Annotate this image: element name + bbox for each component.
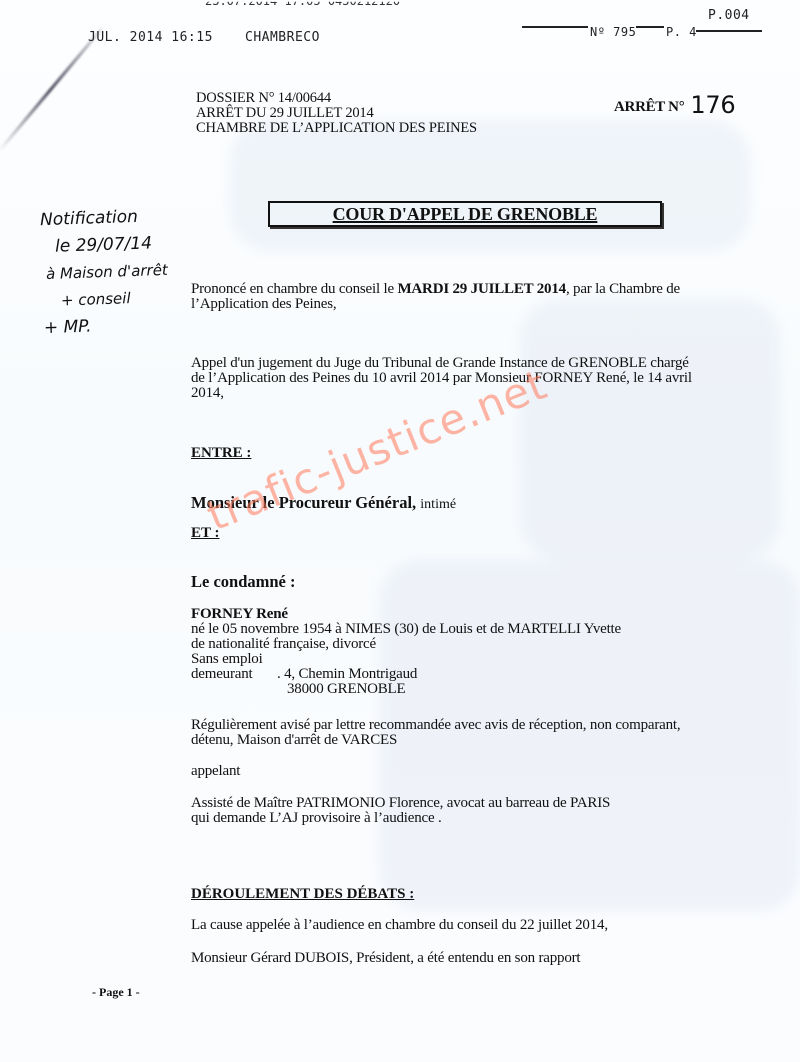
proceedings-line: Monsieur Gérard DUBOIS, Président, a été… — [191, 951, 580, 966]
chamber-name: CHAMBRE DE L’APPLICATION DES PEINES — [196, 121, 477, 136]
pronounced-paragraph: Prononcé en chambre du conseil le MARDI … — [191, 282, 680, 312]
address-line: 38000 GRENOBLE — [287, 681, 405, 697]
prosecutor-party: Monsieur le Procureur Général, intimé — [191, 493, 456, 513]
arret-number-label: ARRÊT N° — [614, 99, 684, 115]
address-line: . 4, Chemin Montrigaud — [277, 666, 417, 682]
fax-rule — [696, 30, 762, 32]
document-page: 23.07.2014 17:05 0450212120 JUL. 2014 16… — [0, 0, 800, 1062]
appeal-paragraph: Appel d'un jugement du Juge du Tribunal … — [191, 356, 692, 401]
fax-page: P. 4 — [666, 25, 697, 39]
pronounced-text: , par la Chambre de — [566, 281, 680, 297]
fax-page-code: P.004 — [708, 8, 750, 23]
handwritten-notification-note: Notification le 29/07/14 à Maison d'arrê… — [40, 203, 170, 342]
bleed-through — [520, 300, 780, 560]
handwritten-line: + conseil — [60, 284, 169, 315]
address-label: demeurant — [191, 667, 277, 682]
fax-header-top-partial: 23.07.2014 17:05 0450212120 — [205, 0, 400, 8]
page-footer: - Page 1 - — [92, 985, 140, 1000]
fax-rule — [636, 26, 664, 28]
fax-date-time: JUL. 2014 16:15 — [88, 30, 213, 45]
arret-date: ARRÊT DU 29 JUILLET 2014 — [196, 106, 477, 121]
proceedings-line: La cause appelée à l’audience en chambre… — [191, 918, 608, 933]
lawyer-paragraph: Assisté de Maître PATRIMONIO Florence, a… — [191, 796, 610, 826]
fax-number: Nº 795 — [590, 25, 636, 39]
handwritten-line: à Maison d'arrêt — [46, 257, 169, 288]
condemned-occupation: Sans emploi — [191, 652, 621, 667]
fax-sender: CHAMBRECO — [245, 30, 320, 45]
case-header: DOSSIER N° 14/00644 ARRÊT DU 29 JUILLET … — [196, 91, 477, 136]
entre-label: ENTRE : — [191, 445, 251, 462]
appeal-line: de l’Application des Peines du 10 avril … — [191, 371, 692, 386]
prosecutor-name: Monsieur le Procureur Général, — [191, 493, 416, 512]
notice-line: Régulièrement avisé par lettre recommand… — [191, 718, 680, 733]
prosecutor-role: intimé — [420, 497, 456, 512]
condemned-label: Le condamné : — [191, 572, 296, 592]
appeal-line: 2014, — [191, 386, 692, 401]
notice-paragraph: Régulièrement avisé par lettre recommand… — [191, 718, 680, 748]
condemned-birth: né le 05 novembre 1954 à NIMES (30) de L… — [191, 622, 621, 637]
condemned-nationality: de nationalité française, divorcé — [191, 637, 621, 652]
arret-number-handwritten: 176 — [690, 91, 735, 119]
appeal-line: Appel d'un jugement du Juge du Tribunal … — [191, 356, 692, 371]
condemned-name: FORNEY René — [191, 607, 621, 622]
pronounced-date: MARDI 29 JUILLET 2014 — [397, 281, 565, 297]
proceedings-label: DÉROULEMENT DES DÉBATS : — [191, 886, 414, 903]
pronounced-text: Prononcé en chambre du conseil le — [191, 281, 397, 297]
bleed-through — [230, 120, 750, 250]
notice-line: détenu, Maison d'arrêt de VARCES — [191, 733, 680, 748]
fax-rule — [522, 26, 588, 28]
handwritten-line: le 29/07/14 — [55, 230, 168, 261]
pronounced-text: l’Application des Peines, — [191, 297, 680, 312]
lawyer-line: Assisté de Maître PATRIMONIO Florence, a… — [191, 796, 610, 811]
et-label: ET : — [191, 525, 219, 542]
court-title: COUR D'APPEL DE GRENOBLE — [268, 201, 662, 227]
arret-number-block: ARRÊT N°176 — [614, 91, 735, 119]
lawyer-line: qui demande L’AJ provisoire à l’audience… — [191, 811, 610, 826]
condemned-role: appelant — [191, 764, 240, 779]
condemned-details: FORNEY René né le 05 novembre 1954 à NIM… — [191, 607, 621, 697]
dossier-number: DOSSIER N° 14/00644 — [196, 91, 477, 106]
page-fold-mark — [0, 27, 103, 151]
handwritten-line: + MP. — [43, 311, 170, 342]
